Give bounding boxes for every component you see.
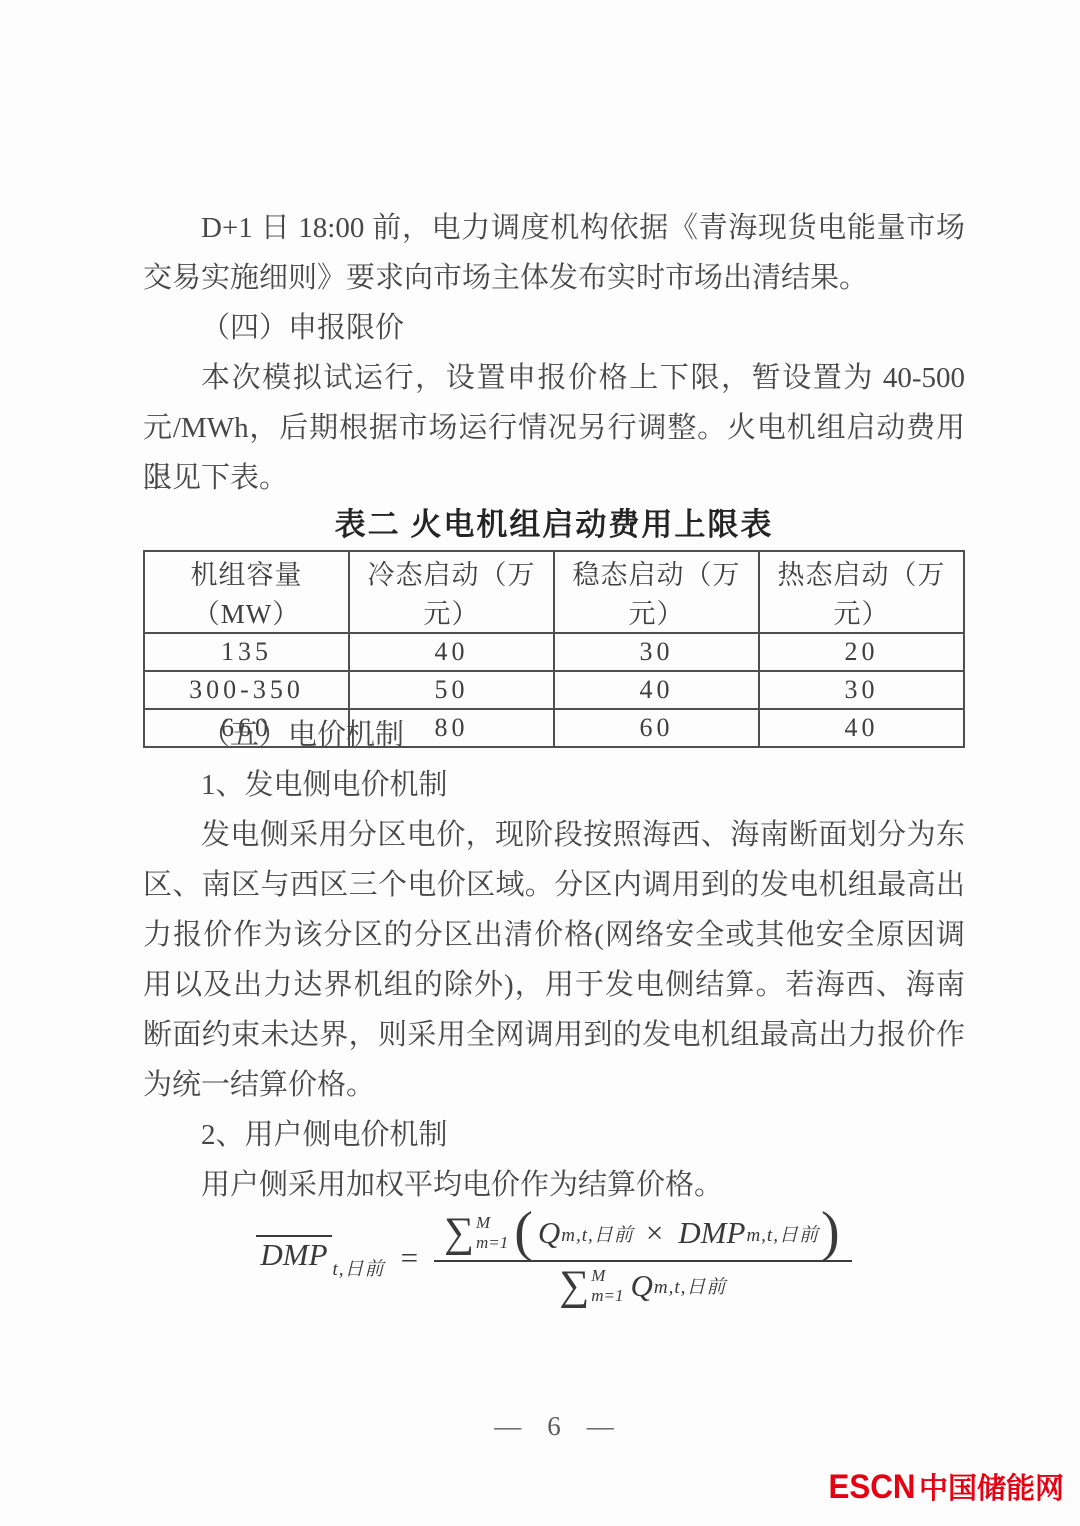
text-line: 为统一结算价格。 xyxy=(143,1060,965,1110)
table-cell: 40 xyxy=(349,633,554,671)
table-cell: 50 xyxy=(349,671,554,709)
dmp-variable: DMP xyxy=(678,1215,745,1251)
formula-lhs: DMPt,日前 xyxy=(256,1235,384,1281)
q-variable: Q xyxy=(630,1268,652,1304)
table-cell: 30 xyxy=(554,633,759,671)
text-line: 限见下表。 xyxy=(143,453,965,503)
text-line: 2、用户侧电价机制 xyxy=(143,1110,965,1160)
dmp-subscript: m,t,日前 xyxy=(746,1220,819,1247)
sigma-lower-limit: m=1 xyxy=(476,1233,508,1253)
sigma-lower-limit: m=1 xyxy=(591,1286,623,1306)
text-line: 1、发电侧电价机制 xyxy=(143,760,965,810)
table-cell: 40 xyxy=(554,671,759,709)
escn-logo: ESCN 中国储能网 xyxy=(821,1466,1064,1507)
table-row: 135403020 xyxy=(144,633,964,671)
table-title: 表二 火电机组启动费用上限表 xyxy=(143,501,965,549)
text-line: 用以及出力达界机组的除外)，用于发电侧结算。若海西、海南 xyxy=(143,960,965,1010)
sigma-symbol: ∑ xyxy=(559,1265,589,1307)
formula-lhs-subscript: t,日前 xyxy=(333,1259,385,1280)
text-line: D+1 日 18:00 前，电力调度机构依据《青海现货电能量市场 xyxy=(143,203,965,253)
open-paren: ( xyxy=(514,1209,533,1257)
text-line: 元/MWh，后期根据市场运行情况另行调整。火电机组启动费用上 xyxy=(143,403,965,453)
page-number-footer: —6— xyxy=(143,1406,965,1446)
table-header-cell: 稳态启动（万元） xyxy=(554,551,759,633)
formula-numerator: ∑ M m=1 ( Qm,t,日前 × DMPm,t,日前 ) xyxy=(434,1206,852,1262)
multiply-sign: × xyxy=(646,1215,663,1251)
formula-fraction: ∑ M m=1 ( Qm,t,日前 × DMPm,t,日前 ) ∑ M m xyxy=(434,1206,852,1310)
table-header-cell: 冷态启动（万元） xyxy=(349,551,554,633)
text-block-2: （五）电价机制1、发电侧电价机制发电侧采用分区电价，现阶段按照海西、海南断面划分… xyxy=(143,710,965,1210)
table-header-row: 机组容量（MW）冷态启动（万元）稳态启动（万元）热态启动（万元） xyxy=(144,551,964,633)
table-header-cell: 机组容量（MW） xyxy=(144,551,349,633)
text-line: 区、南区与西区三个电价区域。分区内调用到的发电机组最高出 xyxy=(143,860,965,910)
close-paren: ) xyxy=(821,1209,840,1257)
page-number: 6 xyxy=(547,1411,561,1441)
table-header-cell: 热态启动（万元） xyxy=(759,551,964,633)
sigma-symbol: ∑ xyxy=(444,1212,474,1254)
sigma-upper-limit: M xyxy=(476,1213,490,1233)
text-line: 发电侧采用分区电价，现阶段按照海西、海南断面划分为东 xyxy=(143,810,965,860)
footer-dash-right: — xyxy=(587,1411,614,1441)
table-row: 300-350504030 xyxy=(144,671,964,709)
text-line: （四）申报限价 xyxy=(143,303,965,353)
q-subscript: m,t,日前 xyxy=(654,1272,727,1299)
formula-denominator: ∑ M m=1 Qm,t,日前 xyxy=(549,1262,736,1310)
escn-logo-latin: ESCN xyxy=(828,1468,915,1507)
text-line: 断面约束未达界，则采用全网调用到的发电机组最高出力报价作 xyxy=(143,1010,965,1060)
table-cell: 30 xyxy=(759,671,964,709)
summation-numerator: ∑ M m=1 xyxy=(444,1212,508,1254)
formula-lhs-base: DMP xyxy=(256,1235,331,1272)
text-line: 本次模拟试运行，设置申报价格上下限，暂设置为 40-500 xyxy=(143,353,965,403)
table-cell: 300-350 xyxy=(144,671,349,709)
q-subscript: m,t,日前 xyxy=(561,1220,634,1247)
table-cell: 135 xyxy=(144,633,349,671)
escn-logo-chinese: 中国储能网 xyxy=(919,1466,1064,1507)
text-block-1: D+1 日 18:00 前，电力调度机构依据《青海现货电能量市场交易实施细则》要… xyxy=(143,203,965,503)
dmp-formula: DMPt,日前 = ∑ M m=1 ( Qm,t,日前 × DMPm,t,日前 … xyxy=(143,1198,965,1318)
text-line: 交易实施细则》要求向市场主体发布实时市场出清结果。 xyxy=(143,253,965,303)
document-page: D+1 日 18:00 前，电力调度机构依据《青海现货电能量市场交易实施细则》要… xyxy=(0,0,1080,1526)
sigma-upper-limit: M xyxy=(591,1266,605,1286)
footer-dash-left: — xyxy=(494,1411,521,1441)
q-variable: Q xyxy=(538,1215,560,1251)
equals-sign: = xyxy=(401,1240,418,1276)
summation-denominator: ∑ M m=1 xyxy=(559,1265,623,1307)
table-cell: 20 xyxy=(759,633,964,671)
text-line: 力报价作为该分区的分区出清价格(网络安全或其他安全原因调 xyxy=(143,910,965,960)
text-line: （五）电价机制 xyxy=(143,710,965,760)
